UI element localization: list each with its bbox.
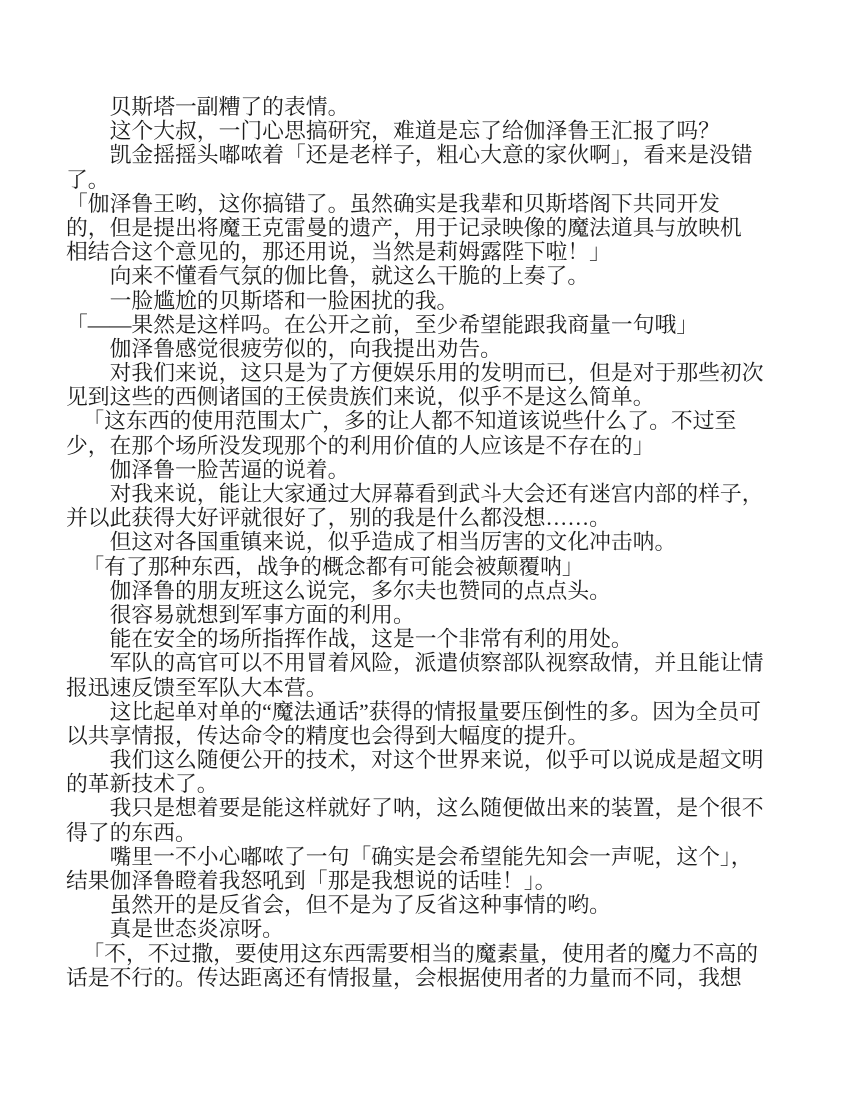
text-line: 伽泽鲁感觉很疲劳似的，向我提出劝告。 (66, 337, 786, 361)
text-content: 贝斯塔一副糟了的表情。这个大叔，一门心思搞研究，难道是忘了给伽泽鲁王汇报了吗？凯… (66, 95, 786, 990)
text-line: 这个大叔，一门心思搞研究，难道是忘了给伽泽鲁王汇报了吗？ (66, 119, 786, 143)
text-line: 凯金摇摇头嘟哝着「还是老样子，粗心大意的家伙啊」，看来是没错 (66, 143, 786, 167)
text-line: 虽然开的是反省会，但不是为了反省这种事情的哟。 (66, 893, 786, 917)
text-line: 对我来说，能让大家通过大屏幕看到武斗大会还有迷宫内部的样子， (66, 482, 786, 506)
text-line: 向来不懂看气氛的伽比鲁，就这么干脆的上奏了。 (66, 264, 786, 288)
text-line: 一脸尴尬的贝斯塔和一脸困扰的我。 (66, 289, 786, 313)
text-line: 军队的高官可以不用冒着风险，派遣侦察部队视察敌情，并且能让情 (66, 651, 786, 675)
text-line: 对我们来说，这只是为了方便娱乐用的发明而已，但是对于那些初次 (66, 361, 786, 385)
text-line: 贝斯塔一副糟了的表情。 (66, 95, 786, 119)
text-line: 少，在那个场所没发现那个的利用价值的人应该是不存在的」 (66, 434, 786, 458)
text-line: 「伽泽鲁王哟，这你搞错了。虽然确实是我辈和贝斯塔阁下共同开发 (66, 192, 786, 216)
text-line: 很容易就想到军事方面的利用。 (66, 603, 786, 627)
text-line: 相结合这个意见的，那还用说，当然是莉姆露陛下啦！」 (66, 240, 786, 264)
text-line: 见到这些的西侧诸国的王侯贵族们来说，似乎不是这么简单。 (66, 385, 786, 409)
text-line: 伽泽鲁一脸苦逼的说着。 (66, 458, 786, 482)
text-line: 我们这么随便公开的技术，对这个世界来说，似乎可以说成是超文明 (66, 748, 786, 772)
text-line: 的革新技术了。 (66, 772, 786, 796)
text-line: 报迅速反馈至军队大本营。 (66, 676, 786, 700)
text-line: 的，但是提出将魔王克雷曼的遗产，用于记录映像的魔法道具与放映机 (66, 216, 786, 240)
text-line: 结果伽泽鲁瞪着我怒吼到「那是我想说的话哇！」。 (66, 869, 786, 893)
text-line: 「这东西的使用范围太广，多的让人都不知道该说些什么了。不过至 (66, 409, 786, 433)
text-line: 「——果然是这样吗。在公开之前，至少希望能跟我商量一句哦」 (66, 313, 786, 337)
text-line: 但这对各国重镇来说，似乎造成了相当厉害的文化冲击呐。 (66, 530, 786, 554)
text-line: 「不，不过撒，要使用这东西需要相当的魔素量，使用者的魔力不高的 (66, 942, 786, 966)
text-line: 伽泽鲁的朋友班这么说完，多尔夫也赞同的点点头。 (66, 579, 786, 603)
novel-page: 贝斯塔一副糟了的表情。这个大叔，一门心思搞研究，难道是忘了给伽泽鲁王汇报了吗？凯… (0, 0, 850, 1100)
text-line: 话是不行的。传达距离还有情报量，会根据使用者的力量而不同，我想 (66, 966, 786, 990)
text-line: 并以此获得大好评就很好了，别的我是什么都没想……。 (66, 506, 786, 530)
text-line: 这比起单对单的“魔法通话”获得的情报量要压倒性的多。因为全员可 (66, 700, 786, 724)
text-line: 嘴里一不小心嘟哝了一句「确实是会希望能先知会一声呢，这个」， (66, 845, 786, 869)
text-line: 了。 (66, 168, 786, 192)
text-line: 得了的东西。 (66, 821, 786, 845)
text-line: 以共享情报，传达命令的精度也会得到大幅度的提升。 (66, 724, 786, 748)
text-line: 能在安全的场所指挥作战，这是一个非常有利的用处。 (66, 627, 786, 651)
text-line: 真是世态炎凉呀。 (66, 917, 786, 941)
text-line: 我只是想着要是能这样就好了呐，这么随便做出来的装置，是个很不 (66, 796, 786, 820)
text-line: 「有了那种东西，战争的概念都有可能会被颠覆呐」 (66, 555, 786, 579)
